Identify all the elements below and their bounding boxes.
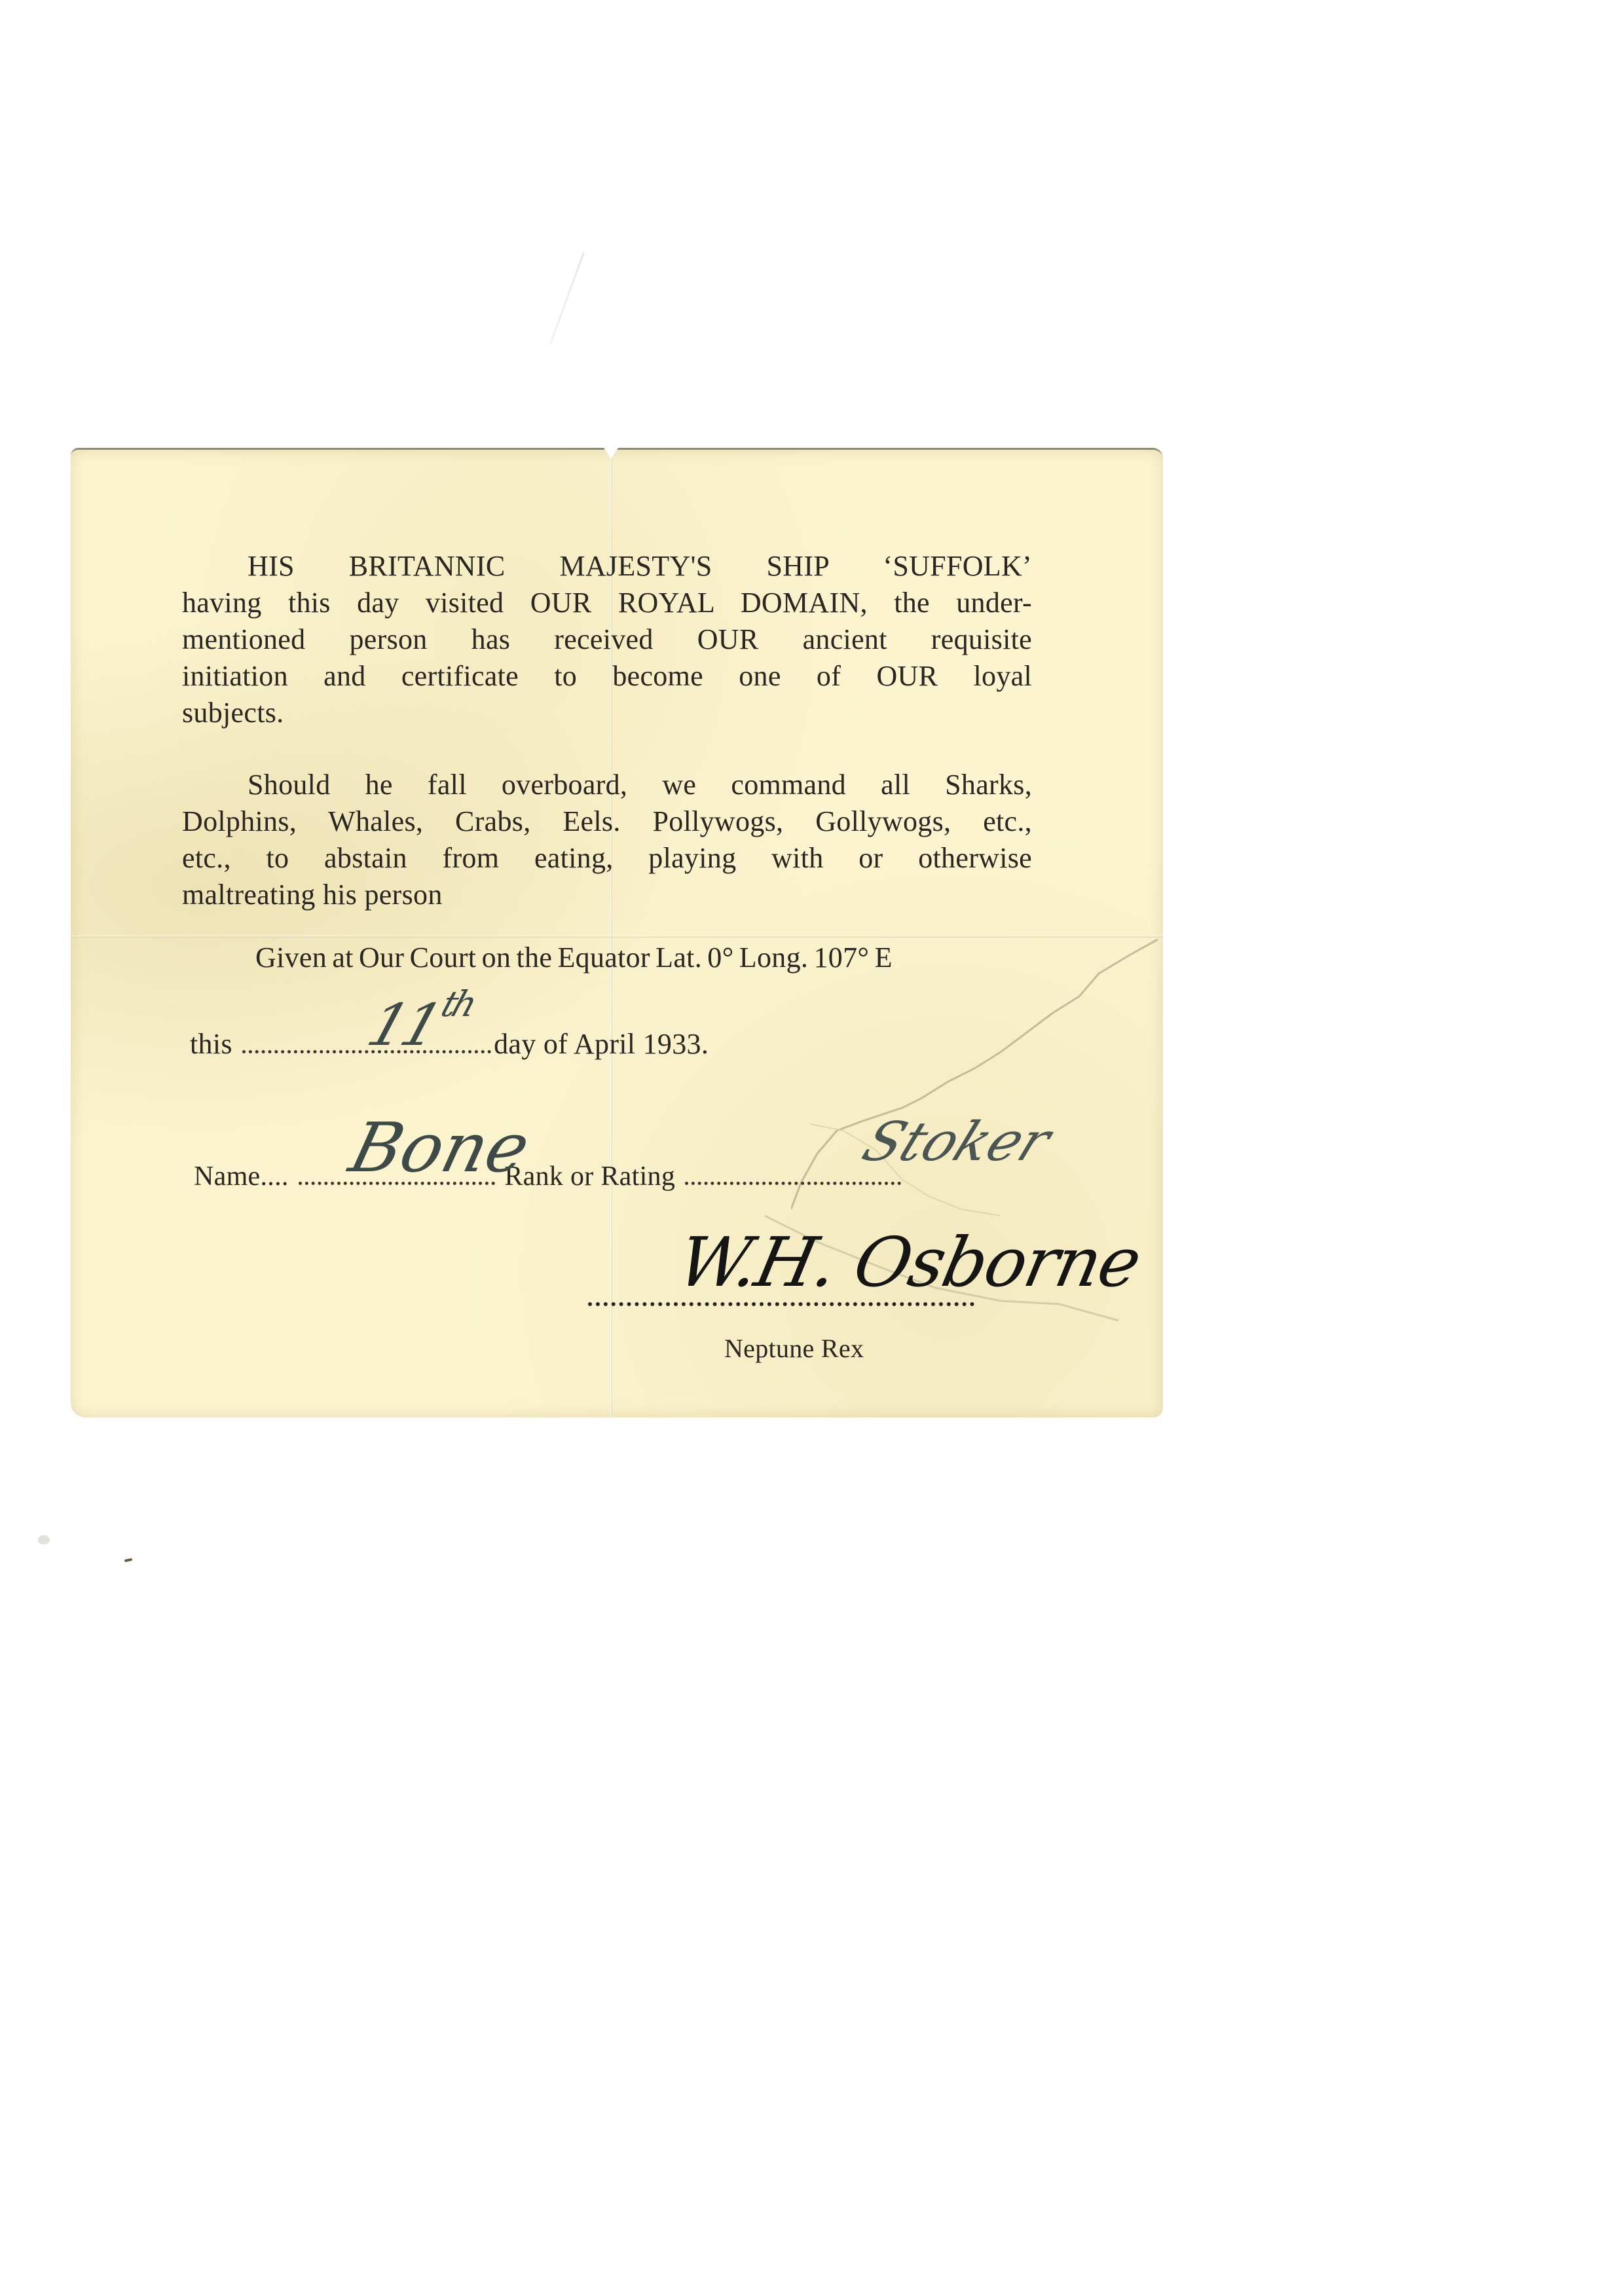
scan-speck — [124, 1558, 133, 1562]
scan-speck — [38, 1535, 50, 1544]
certificate-paragraph-1: HIS BRITANNIC MAJESTY'S SHIP ‘SUFFOLK’ h… — [182, 548, 1032, 731]
handwritten-rank: Stoker — [854, 1111, 1060, 1173]
signature: W.H. Osborne — [671, 1222, 1147, 1302]
scan-mark — [549, 252, 585, 345]
fold-notch — [602, 446, 619, 459]
handwritten-name: Bone — [342, 1108, 538, 1188]
rank-dotted-blank — [685, 1175, 901, 1185]
rank-label: Rank or Rating — [504, 1161, 675, 1192]
text-line: initiation and certificate to become one… — [182, 658, 1032, 695]
signatory-title: Neptune Rex — [724, 1330, 864, 1367]
text-line: Dolphins, Whales, Crabs, Eels. Pollywogs… — [182, 803, 1032, 840]
date-suffix: day of April 1933. — [494, 1028, 709, 1060]
text-line: mentioned person has received OUR ancien… — [182, 621, 1032, 658]
horizontal-fold-crease — [71, 936, 1163, 938]
name-rank-line: Name.... Rank or Rating — [194, 1158, 904, 1195]
text-line: subjects. — [182, 695, 1032, 731]
name-label: Name.... — [194, 1161, 289, 1192]
ship-title-line: HIS BRITANNIC MAJESTY'S SHIP ‘SUFFOLK’ — [182, 548, 1032, 585]
text-line: having this day visited OUR ROYAL DOMAIN… — [182, 585, 1032, 621]
certificate-paragraph-2: Should he fall overboard, we command all… — [182, 767, 1032, 913]
day-number: 11 — [360, 991, 447, 1059]
text-line: maltreating his person — [182, 877, 1032, 913]
given-at-line: Given at Our Court on the Equator Lat. 0… — [255, 939, 893, 976]
day-suffix: th — [436, 983, 479, 1025]
certificate-paper: HIS BRITANNIC MAJESTY'S SHIP ‘SUFFOLK’ h… — [71, 448, 1163, 1417]
text-line: etc., to abstain from eating, playing wi… — [182, 840, 1032, 877]
signature-dotted-line — [588, 1302, 974, 1306]
text-line: Should he fall overboard, we command all… — [182, 767, 1032, 803]
date-prefix: this — [190, 1028, 232, 1060]
